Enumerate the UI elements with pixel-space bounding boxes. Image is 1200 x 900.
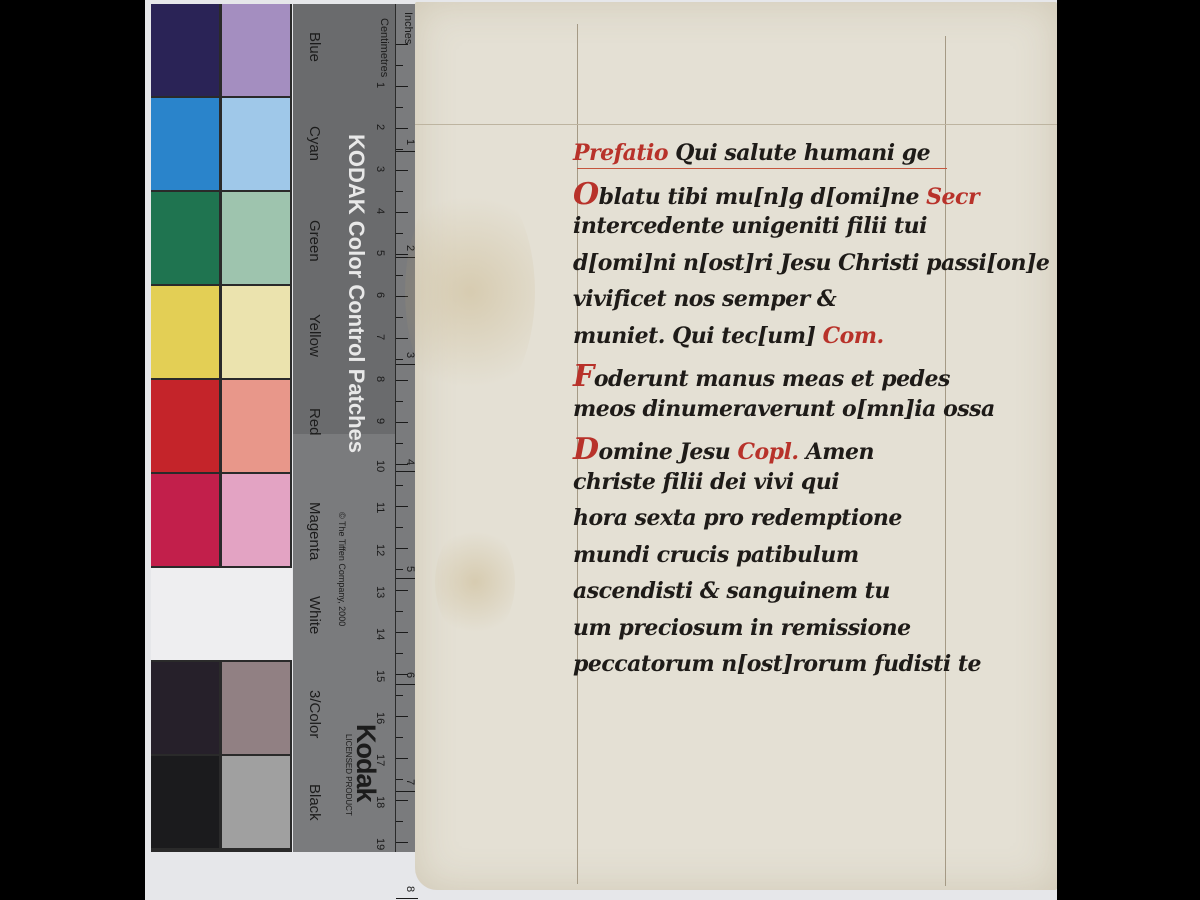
inches-label: Inches <box>402 12 414 44</box>
cm-tick-label: 3 <box>374 166 386 172</box>
patch-red-dark <box>151 380 219 472</box>
manuscript-line: meos dinumeraverunt o[mn]ia ossa <box>573 396 995 422</box>
manuscript-line: mundi crucis patibulum <box>573 542 859 568</box>
manuscript-line: um preciosum in remissione <box>573 615 911 641</box>
patch-cyan-dark <box>151 98 219 190</box>
patch-label: Blue <box>306 32 323 62</box>
cm-tick-label: 19 <box>374 838 386 850</box>
manuscript-line: Prefatio Qui salute humani ge <box>573 140 930 166</box>
color-card <box>151 4 292 852</box>
cm-tick-label: 10 <box>374 460 386 472</box>
patch-yellow-dark <box>151 286 219 378</box>
patch-label: Black <box>306 784 323 821</box>
red-initial: O <box>573 177 599 212</box>
patch-blue-dark <box>151 4 219 96</box>
copyright-text: © The Tiffen Company, 2000 <box>337 512 347 626</box>
patch-white <box>151 568 292 660</box>
patch-green-dark <box>151 192 219 284</box>
cm-tick-label: 15 <box>374 670 386 682</box>
cm-tick-label: 6 <box>374 292 386 298</box>
manuscript-line: Oblatu tibi mu[n]g d[omi]ne Secr <box>573 177 979 212</box>
cm-tick-label: 11 <box>374 502 386 513</box>
patch-label: Cyan <box>306 126 323 161</box>
manuscript-line: vivificet nos semper & <box>573 286 836 312</box>
card-brand-title: KODAK Color Control Patches <box>343 134 369 453</box>
cm-tick-label: 2 <box>374 124 386 130</box>
patch-black-light <box>222 756 290 848</box>
cm-tick-label: 14 <box>374 628 386 640</box>
cm-tick-label: 17 <box>374 754 386 766</box>
patch-magenta-dark <box>151 474 219 566</box>
cm-tick-label: 1 <box>374 82 386 88</box>
patch-black-dark <box>151 756 219 848</box>
cm-tick-label: 16 <box>374 712 386 724</box>
patch-3-color-dark <box>151 662 219 754</box>
rubric: Prefatio <box>573 140 668 166</box>
cm-tick-label: 5 <box>374 250 386 256</box>
cm-tick-label: 13 <box>374 586 386 598</box>
centimetres-label: Centimetres <box>378 18 390 77</box>
patch-blue-light <box>222 4 290 96</box>
manuscript-page: Prefatio Qui salute humani geOblatu tibi… <box>415 2 1057 890</box>
cm-tick-label: 4 <box>374 208 386 214</box>
manuscript-line: Foderunt manus meas et pedes <box>573 359 950 394</box>
cm-tick-label: 8 <box>374 376 386 382</box>
patch-magenta-light <box>222 474 290 566</box>
gray-label-strip: KODAK Color Control Patches © The Tiffen… <box>293 4 408 852</box>
cm-tick-label: 7 <box>374 334 386 340</box>
cm-tick-label: 12 <box>374 544 386 556</box>
patch-label: Red <box>306 408 323 436</box>
red-initial: F <box>573 359 594 394</box>
licensed-product-text: LICENSED PRODUCT <box>344 734 353 816</box>
patch-label: Yellow <box>306 314 323 357</box>
rubric: Com. <box>823 323 884 349</box>
red-initial: D <box>573 432 599 467</box>
manuscript-line: ascendisti & sanguinem tu <box>573 578 890 604</box>
patch-red-light <box>222 380 290 472</box>
cm-tick-label: 9 <box>374 418 386 424</box>
cm-tick-label: 18 <box>374 796 386 808</box>
manuscript-line: d[omi]ni n[ost]ri Jesu Christi passi[on]… <box>573 250 1049 276</box>
patch-3-color-light <box>222 662 290 754</box>
patch-label: Green <box>306 220 323 262</box>
manuscript-line: christe filii dei vivi qui <box>573 469 839 495</box>
rubric: Copl. <box>737 439 798 465</box>
patch-cyan-light <box>222 98 290 190</box>
patch-label: 3/Color <box>306 690 323 738</box>
photo-scene: KODAK Color Control Patches © The Tiffen… <box>145 0 1057 900</box>
rubric: Secr <box>926 184 979 210</box>
inch-tick-label: 8 <box>404 886 416 892</box>
manuscript-line: Domine Jesu Copl. Amen <box>573 432 874 467</box>
patch-label: White <box>306 596 323 634</box>
manuscript-line: peccatorum n[ost]rorum fudisti te <box>573 651 981 677</box>
manuscript-line: intercedente unigeniti filii tui <box>573 213 927 239</box>
manuscript-line: hora sexta pro redemptione <box>573 505 902 531</box>
manuscript-line: muniet. Qui tec[um] Com. <box>573 323 884 349</box>
patch-label: Magenta <box>306 502 323 560</box>
patch-yellow-light <box>222 286 290 378</box>
patch-green-light <box>222 192 290 284</box>
